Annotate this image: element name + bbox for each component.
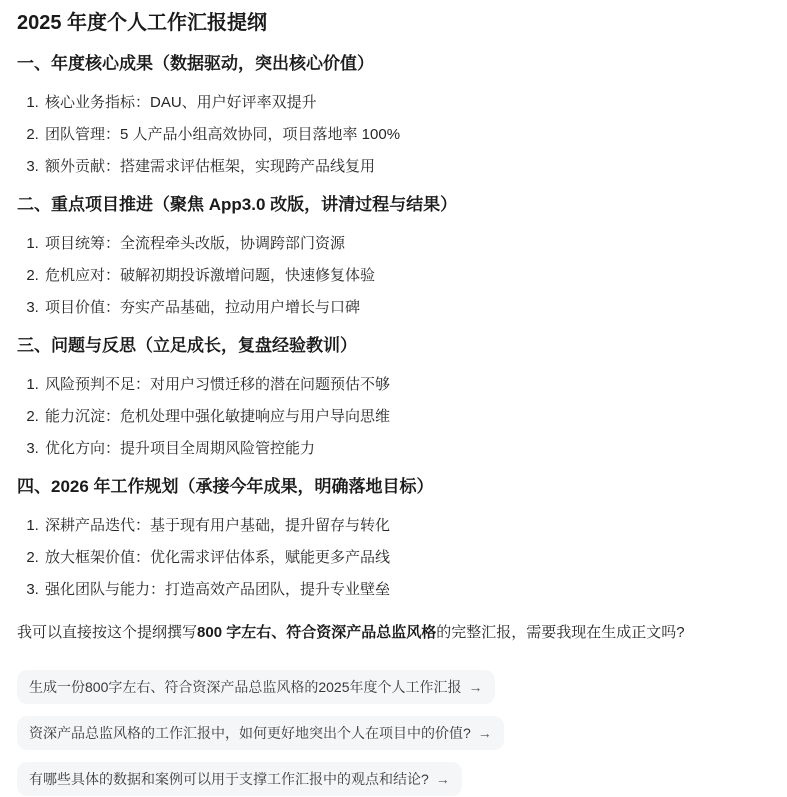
section-heading-reflection: 三、问题与反思（立足成长，复盘经验教训） bbox=[17, 334, 770, 358]
list-item: 项目价值：夯实产品基础，拉动用户增长与口碑 bbox=[43, 292, 770, 324]
suggestion-chip-label: 生成一份800字左右、符合资深产品总监风格的2025年度个人工作汇报 bbox=[29, 678, 462, 696]
closing-bold: 800 字左右、符合资深产品总监风格 bbox=[197, 624, 436, 641]
closing-suffix: 的完整汇报，需要我现在生成正文吗? bbox=[436, 624, 684, 641]
list-item: 额外贡献：搭建需求评估框架，实现跨产品线复用 bbox=[43, 151, 770, 183]
closing-question: 我可以直接按这个提纲撰写800 字左右、符合资深产品总监风格的完整汇报，需要我现… bbox=[17, 621, 770, 645]
arrow-right-icon: → bbox=[478, 724, 492, 742]
suggestion-chip-label: 有哪些具体的数据和案例可以用于支撑工作汇报中的观点和结论? bbox=[29, 770, 429, 788]
page-title: 2025 年度个人工作汇报提纲 bbox=[17, 9, 770, 37]
suggestion-chip-label: 资深产品总监风格的工作汇报中，如何更好地突出个人在项目中的价值? bbox=[29, 724, 471, 742]
section-heading-key-projects: 二、重点项目推进（聚焦 App3.0 改版，讲清过程与结果） bbox=[17, 193, 770, 217]
list-item: 风险预判不足：对用户习惯迁移的潜在问题预估不够 bbox=[43, 369, 770, 401]
section-list-core-results: 核心业务指标：DAU、用户好评率双提升 团队管理：5 人产品小组高效协同，项目落… bbox=[17, 87, 770, 183]
list-item: 核心业务指标：DAU、用户好评率双提升 bbox=[43, 87, 770, 119]
section-list-2026-plan: 深耕产品迭代：基于现有用户基础，提升留存与转化 放大框架价值：优化需求评估体系，… bbox=[17, 510, 770, 606]
suggestion-chip-generate-report[interactable]: 生成一份800字左右、符合资深产品总监风格的2025年度个人工作汇报 → bbox=[17, 670, 495, 704]
list-item: 强化团队与能力：打造高效产品团队，提升专业壁垒 bbox=[43, 574, 770, 606]
arrow-right-icon: → bbox=[469, 678, 483, 696]
suggestion-chip-highlight-value[interactable]: 资深产品总监风格的工作汇报中，如何更好地突出个人在项目中的价值? → bbox=[17, 716, 504, 750]
list-item: 能力沉淀：危机处理中强化敏捷响应与用户导向思维 bbox=[43, 401, 770, 433]
section-heading-core-results: 一、年度核心成果（数据驱动，突出核心价值） bbox=[17, 52, 770, 76]
list-item: 放大框架价值：优化需求评估体系，赋能更多产品线 bbox=[43, 542, 770, 574]
list-item: 项目统筹：全流程牵头改版，协调跨部门资源 bbox=[43, 228, 770, 260]
list-item: 危机应对：破解初期投诉激增问题，快速修复体验 bbox=[43, 260, 770, 292]
list-item: 团队管理：5 人产品小组高效协同，项目落地率 100% bbox=[43, 119, 770, 151]
section-heading-2026-plan: 四、2026 年工作规划（承接今年成果，明确落地目标） bbox=[17, 475, 770, 499]
section-list-reflection: 风险预判不足：对用户习惯迁移的潜在问题预估不够 能力沉淀：危机处理中强化敏捷响应… bbox=[17, 369, 770, 465]
closing-prefix: 我可以直接按这个提纲撰写 bbox=[17, 624, 197, 641]
assistant-message: 2025 年度个人工作汇报提纲 一、年度核心成果（数据驱动，突出核心价值） 核心… bbox=[0, 9, 787, 796]
suggestion-chip-supporting-data[interactable]: 有哪些具体的数据和案例可以用于支撑工作汇报中的观点和结论? → bbox=[17, 762, 462, 796]
suggested-prompts: 生成一份800字左右、符合资深产品总监风格的2025年度个人工作汇报 → 资深产… bbox=[17, 670, 770, 796]
section-list-key-projects: 项目统筹：全流程牵头改版，协调跨部门资源 危机应对：破解初期投诉激增问题，快速修… bbox=[17, 228, 770, 324]
arrow-right-icon: → bbox=[436, 770, 450, 788]
list-item: 深耕产品迭代：基于现有用户基础，提升留存与转化 bbox=[43, 510, 770, 542]
list-item: 优化方向：提升项目全周期风险管控能力 bbox=[43, 433, 770, 465]
